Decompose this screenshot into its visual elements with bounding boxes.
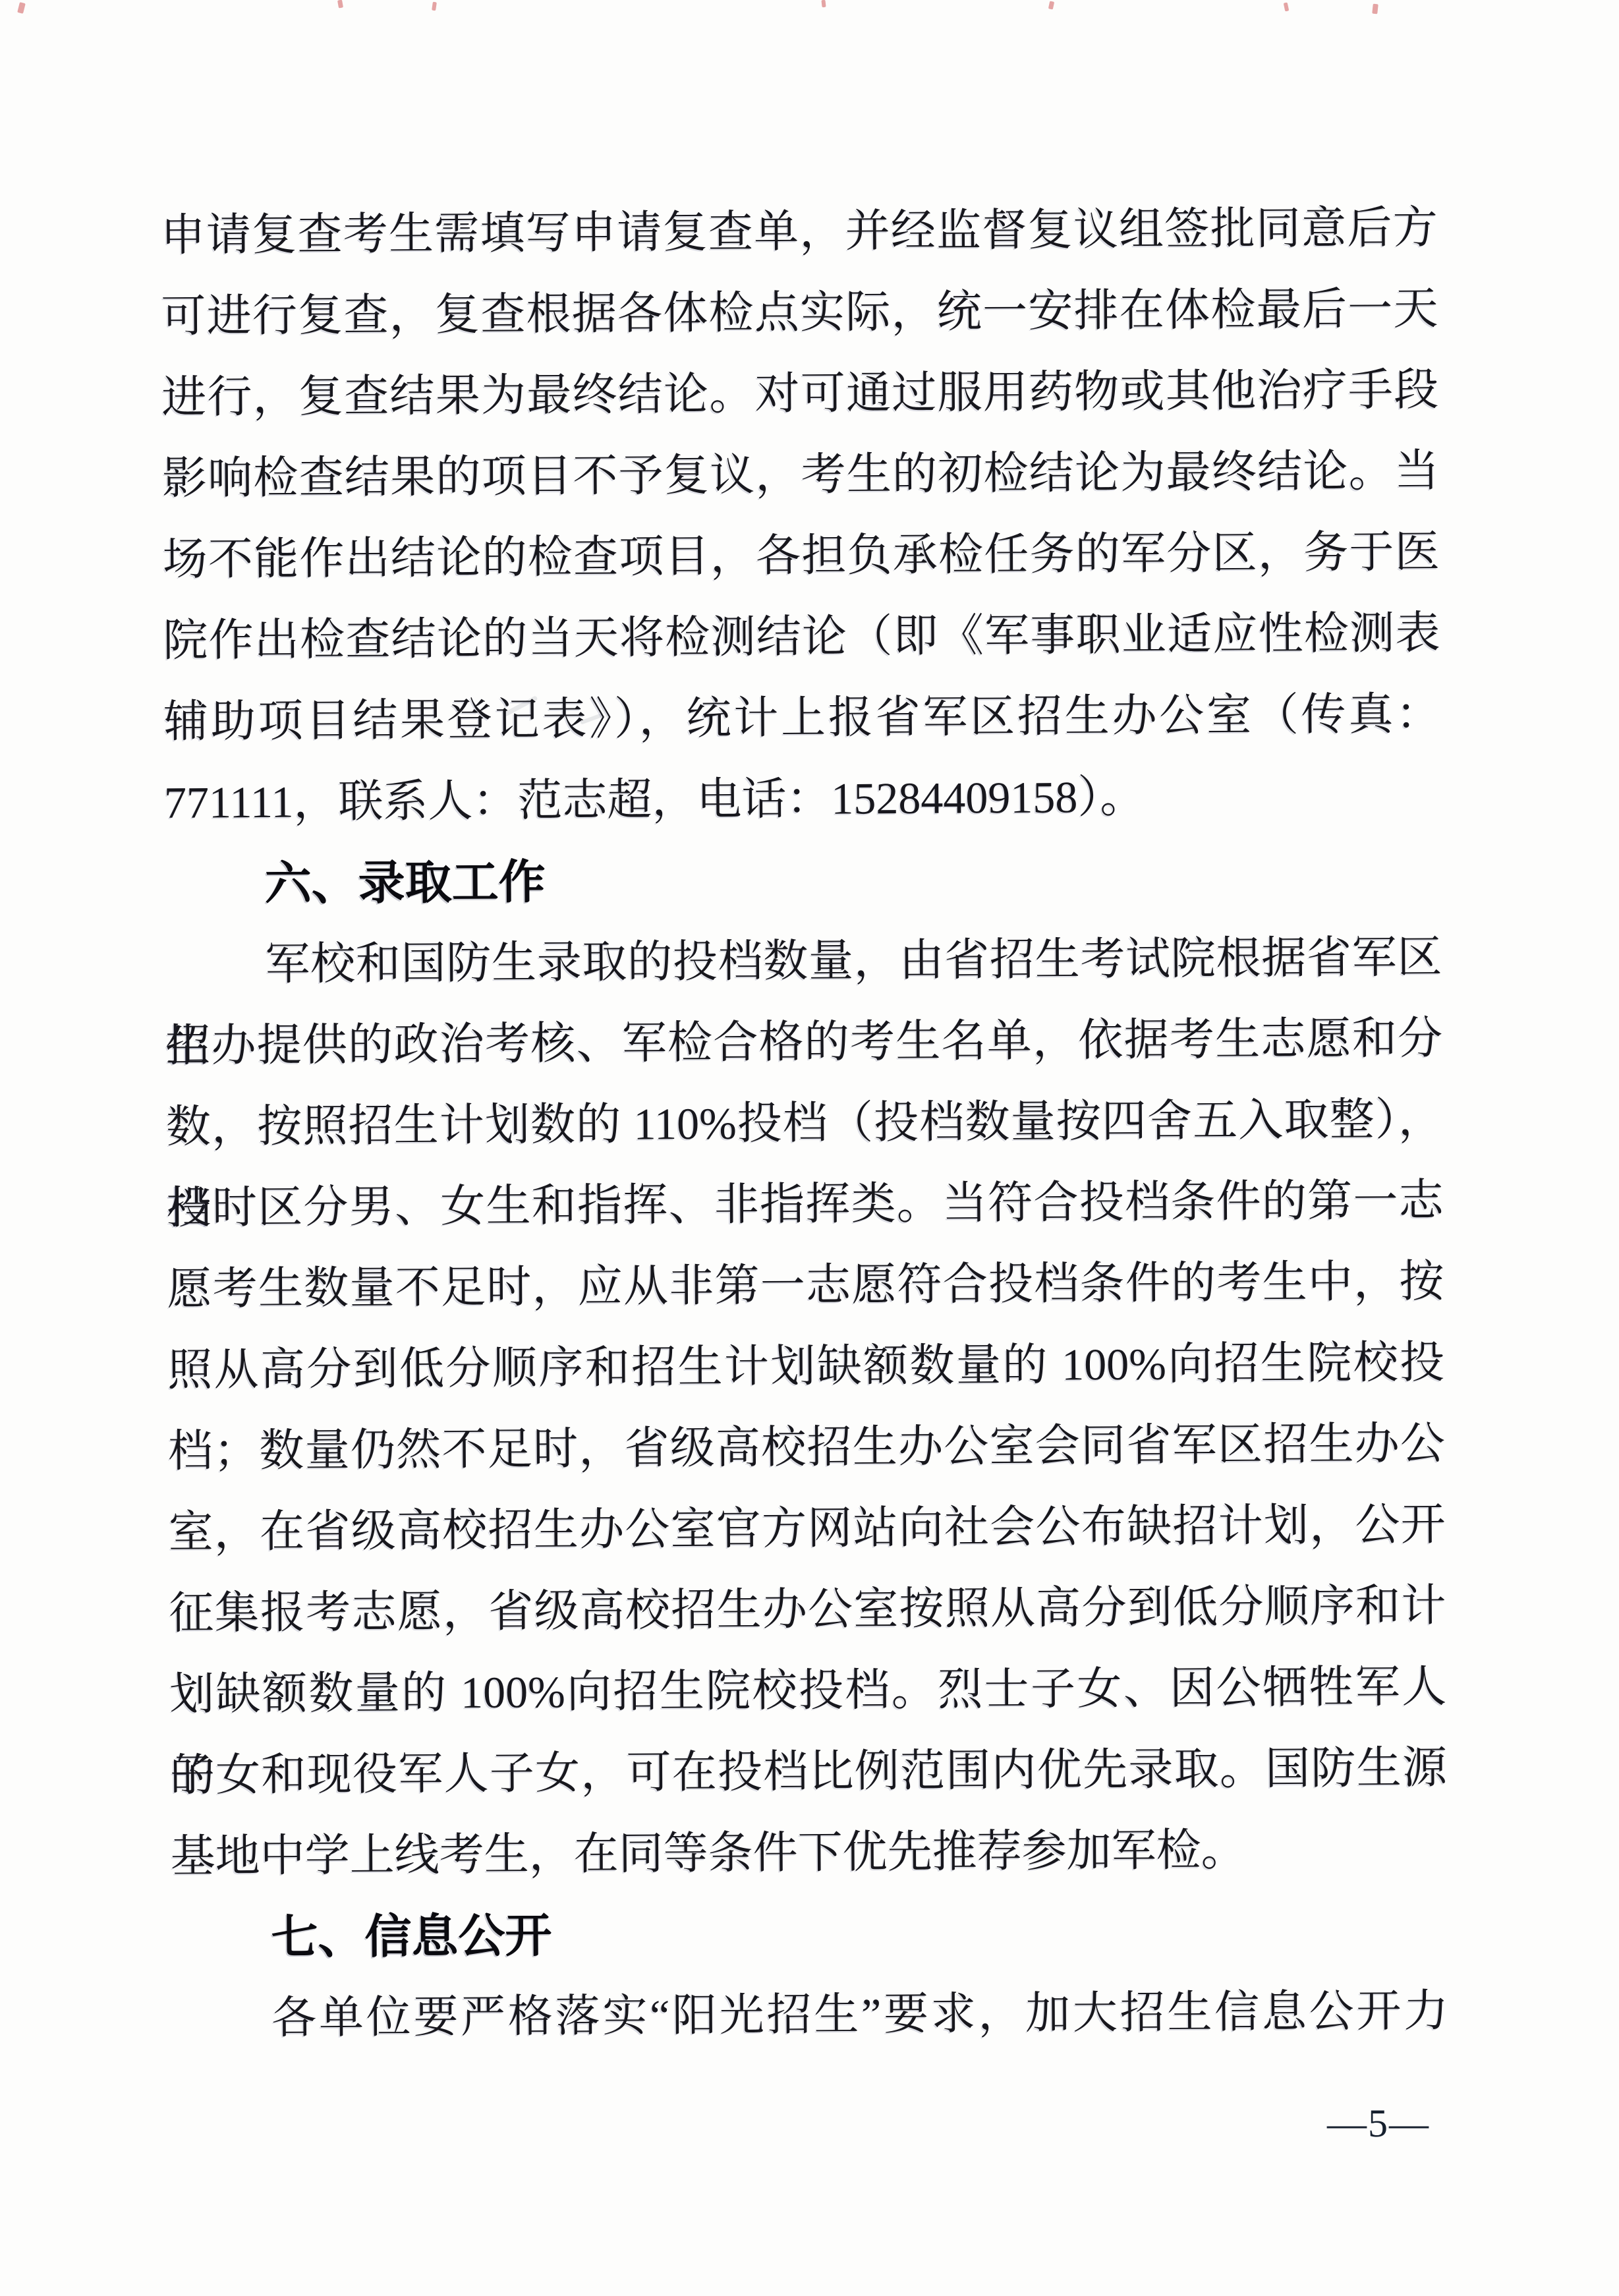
text-line: 各单位要严格落实“阳光招生”要求，加大招生信息公开力 (171, 1970, 1449, 2059)
text-line: 数，按照招生计划数的 110%投档（投档数量按四舍五入取整），投 (166, 1079, 1444, 1168)
text-line: 进行，复查结果为最终结论。对可通过服用药物或其他治疗手段 (161, 349, 1439, 438)
text-line: 室，在省级高校招生办公室官方网站向社会公布缺招计划，公开 (168, 1484, 1446, 1573)
text-line: 征集报考志愿，省级高校招生办公室按照从高分到低分顺序和计 (169, 1565, 1446, 1654)
text-line: 档时区分男、女生和指挥、非指挥类。当符合投档条件的第一志 (166, 1160, 1444, 1249)
text-line: 申请复查考生需填写申请复查单，并经监督复议组签批同意后方 (160, 187, 1438, 276)
text-line: 子女和现役军人子女，可在投档比例范围内优先录取。国防生源 (170, 1727, 1448, 1816)
text-line: 军校和国防生录取的投档数量，由省招生考试院根据省军区招 (165, 917, 1442, 1006)
scan-artifact (1372, 4, 1378, 14)
scan-artifact (821, 0, 826, 7)
text-line: 照从高分到低分顺序和招生计划缺额数量的 100%向招生院校投 (167, 1322, 1445, 1411)
document-body: 申请复查考生需填写申请复查单，并经监督复议组签批同意后方可进行复查，复查根据各体… (160, 187, 1448, 2059)
scan-artifact (1048, 1, 1054, 9)
text-line: 771111，联系人：范志超，电话：15284409158）。 (164, 755, 1442, 844)
text-line: 场不能作出结论的检查项目，各担负承检任务的军分区，务于医 (162, 511, 1440, 600)
text-line: 可进行复查，复查根据各体检点实际，统一安排在体检最后一天 (161, 268, 1438, 357)
text-line: 生办提供的政治考核、军检合格的考生名单，依据考生志愿和分 (165, 998, 1443, 1087)
scan-artifact (337, 0, 343, 9)
text-line: 影响检查结果的项目不予复议，考生的初检结论为最终结论。当 (162, 430, 1440, 519)
text-line: 划缺额数量的 100%向招生院校投档。烈士子女、因公牺牲军人的 (169, 1646, 1447, 1735)
text-line: 基地中学上线考生，在同等条件下优先推荐参加军检。 (170, 1808, 1448, 1897)
scan-artifact (1284, 3, 1290, 12)
section-heading: 七、信息公开 (171, 1889, 1448, 1978)
scan-artifact (17, 2, 26, 14)
text-line: 愿考生数量不足时，应从非第一志愿符合投档条件的考生中，按 (167, 1241, 1444, 1330)
scan-artifact (432, 2, 437, 11)
scanned-document-page: 申请复查考生需填写申请复查单，并经监督复议组签批同意后方可进行复查，复查根据各体… (0, 0, 1619, 2296)
text-line: 辅助项目结果登记表》），统计上报省军区招生办公室（传真： (163, 674, 1441, 762)
section-heading: 六、录取工作 (164, 836, 1442, 925)
text-line: 院作出检查结论的当天将检测结论（即《军事职业适应性检测表 (163, 592, 1440, 681)
page-number: —5— (1327, 2104, 1430, 2143)
text-line: 档；数量仍然不足时，省级高校招生办公室会同省军区招生办公 (168, 1403, 1446, 1492)
